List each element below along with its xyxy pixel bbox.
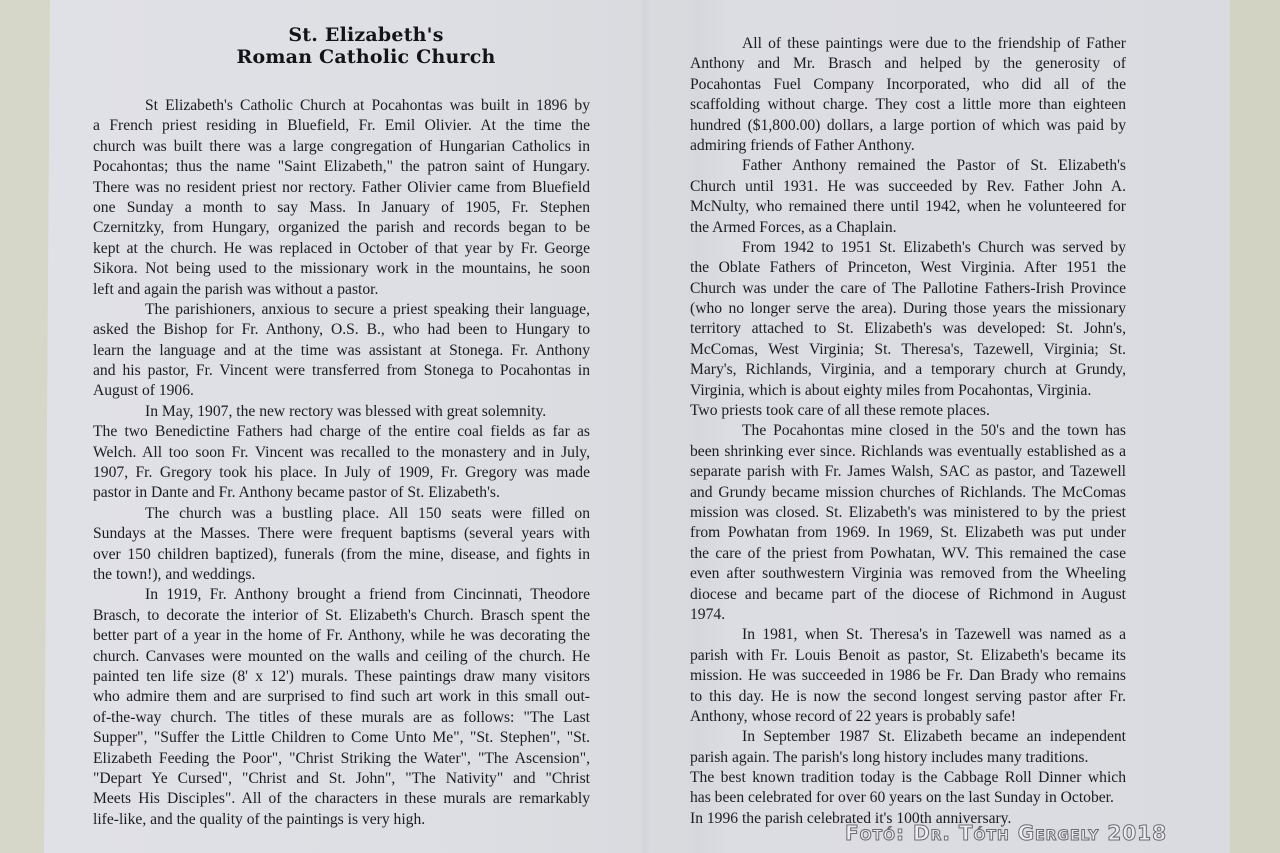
text-line: of-the-way church. The titles of these m… bbox=[93, 708, 590, 728]
text-line: Father Anthony remained the Pastor of St… bbox=[690, 156, 1126, 176]
text-line: Elizabeth Feeding the Poor", "Christ Str… bbox=[93, 749, 590, 769]
text-line: who admire them and are surprised to fin… bbox=[93, 687, 590, 707]
text-line: the Oblate Fathers of Princeton, West Vi… bbox=[690, 258, 1126, 278]
text-line: The church was a bustling place. All 150… bbox=[93, 504, 590, 524]
text-line: life-like, and the quality of the painti… bbox=[93, 810, 590, 830]
text-line: to this day. He is now the second longes… bbox=[690, 687, 1126, 707]
text-line: Virginia, which is about eighty miles fr… bbox=[690, 381, 1126, 401]
text-line: and his pastor, Fr. Vincent were transfe… bbox=[93, 361, 590, 381]
text-line: From 1942 to 1951 St. Elizabeth's Church… bbox=[690, 238, 1126, 258]
text-line: The parishioners, anxious to secure a pr… bbox=[93, 300, 590, 320]
text-line: Anthony and Mr. Brasch and helped by the… bbox=[690, 54, 1126, 74]
text-line: hundred ($1,800.00) dollars, a large por… bbox=[690, 116, 1126, 136]
text-line: In 1919, Fr. Anthony brought a friend fr… bbox=[93, 585, 590, 605]
text-line: diocese and became part of the diocese o… bbox=[690, 585, 1126, 605]
text-line: McComas, West Virginia; St. Theresa's, T… bbox=[690, 340, 1126, 360]
text-line: There was no resident priest nor rectory… bbox=[93, 178, 590, 198]
photo-credit-watermark: Fotó: Dr. Tóth Gergely 2018 bbox=[845, 821, 1167, 845]
text-line: The best known tradition today is the Ca… bbox=[690, 768, 1126, 788]
text-line: parish again. The parish's long history … bbox=[690, 748, 1126, 768]
text-line: the town!), and weddings. bbox=[93, 565, 590, 585]
text-line: In 1981, when St. Theresa's in Tazewell … bbox=[690, 625, 1126, 645]
text-line: church. Canvases were mounted on the wal… bbox=[93, 647, 590, 667]
text-line: from Powhatan from 1969. In 1969, St. El… bbox=[690, 523, 1126, 543]
text-line: a French priest residing in Bluefield, F… bbox=[93, 116, 590, 136]
text-line: mission. He was succeeded in 1986 be Fr.… bbox=[690, 666, 1126, 686]
text-line: "Depart Ye Cursed", "Christ and St. John… bbox=[93, 769, 590, 789]
text-line: territory attached to St. Elizabeth's wa… bbox=[690, 319, 1126, 339]
text-line: Meets His Disciples". All of the charact… bbox=[93, 789, 590, 809]
text-line: Pocahontas; thus the name "Saint Elizabe… bbox=[93, 157, 590, 177]
text-line: In September 1987 St. Elizabeth became a… bbox=[690, 727, 1126, 747]
text-line: kept at the church. He was replaced in O… bbox=[93, 239, 590, 259]
text-line: Church was under the care of The Palloti… bbox=[690, 279, 1126, 299]
text-line: over 150 children baptized), funerals (f… bbox=[93, 545, 590, 565]
text-line: Mary's, Richlands, Virginia, and a tempo… bbox=[690, 360, 1126, 380]
left-column: St Elizabeth's Catholic Church at Pocaho… bbox=[93, 96, 590, 830]
text-line: pastor in Dante and Fr. Anthony became p… bbox=[93, 483, 590, 503]
text-line: the care of the priest from Powhatan, WV… bbox=[690, 544, 1126, 564]
text-line: even after southwestern Virginia was rem… bbox=[690, 564, 1126, 584]
text-line: Pocahontas Fuel Company Incorporated, wh… bbox=[690, 75, 1126, 95]
text-line: Czernitzky, from Hungary, organized the … bbox=[93, 218, 590, 238]
page-fold bbox=[640, 0, 650, 853]
text-line: Brasch, to decorate the interior of St. … bbox=[93, 606, 590, 626]
text-line: August of 1906. bbox=[93, 381, 590, 401]
text-line: scaffolding without charge. They cost a … bbox=[690, 95, 1126, 115]
text-line: Sundays at the Masses. There were freque… bbox=[93, 524, 590, 544]
text-line: In May, 1907, the new rectory was blesse… bbox=[93, 402, 590, 422]
text-line: (who no longer serve the area). During t… bbox=[690, 299, 1126, 319]
text-line: admiring friends of Father Anthony. bbox=[690, 136, 1126, 156]
text-line: parish with Fr. Louis Benoit as pastor, … bbox=[690, 646, 1126, 666]
text-line: one Sunday a month to say Mass. In Janua… bbox=[93, 198, 590, 218]
text-line: Two priests took care of all these remot… bbox=[690, 401, 1126, 421]
text-line: Anthony, whose record of 22 years is pro… bbox=[690, 707, 1126, 727]
text-line: left and again the parish was without a … bbox=[93, 280, 590, 300]
text-line: 1974. bbox=[690, 605, 1126, 625]
text-line: McNulty, who remained there until 1942, … bbox=[690, 197, 1126, 217]
text-line: The Pocahontas mine closed in the 50's a… bbox=[690, 421, 1126, 441]
text-line: The two Benedictine Fathers had charge o… bbox=[93, 422, 590, 442]
text-line: Supper", "Suffer the Little Children to … bbox=[93, 728, 590, 748]
text-line: painted ten life size (8' x 12') murals.… bbox=[93, 667, 590, 687]
document-title-line-1: St. Elizabeth's bbox=[180, 24, 552, 46]
text-line: separate parish with Fr. James Walsh, SA… bbox=[690, 462, 1126, 482]
text-line: been shrinking ever since. Richlands was… bbox=[690, 442, 1126, 462]
text-line: Welch. All too soon Fr. Vincent was reca… bbox=[93, 443, 590, 463]
text-line: 1907, Fr. Gregory took his place. In Jul… bbox=[93, 463, 590, 483]
document-title-line-2: Roman Catholic Church bbox=[180, 46, 552, 68]
text-line: Church until 1931. He was succeeded by R… bbox=[690, 177, 1126, 197]
text-line: St Elizabeth's Catholic Church at Pocaho… bbox=[93, 96, 590, 116]
text-line: church was built there was a large congr… bbox=[93, 137, 590, 157]
right-column: All of these paintings were due to the f… bbox=[690, 34, 1126, 829]
text-line: asked the Bishop for Fr. Anthony, O.S. B… bbox=[93, 320, 590, 340]
text-line: the Armed Forces, as a Chaplain. bbox=[690, 218, 1126, 238]
text-line: Sikora. Not being used to the missionary… bbox=[93, 259, 590, 279]
text-line: better part of a year in the home of Fr.… bbox=[93, 626, 590, 646]
text-line: mission was closed. St. Elizabeth's was … bbox=[690, 503, 1126, 523]
text-line: All of these paintings were due to the f… bbox=[690, 34, 1126, 54]
text-line: has been celebrated for over 60 years on… bbox=[690, 788, 1126, 808]
text-line: and Grundy became mission churches of Ri… bbox=[690, 483, 1126, 503]
text-line: learn the language and at the time was a… bbox=[93, 341, 590, 361]
